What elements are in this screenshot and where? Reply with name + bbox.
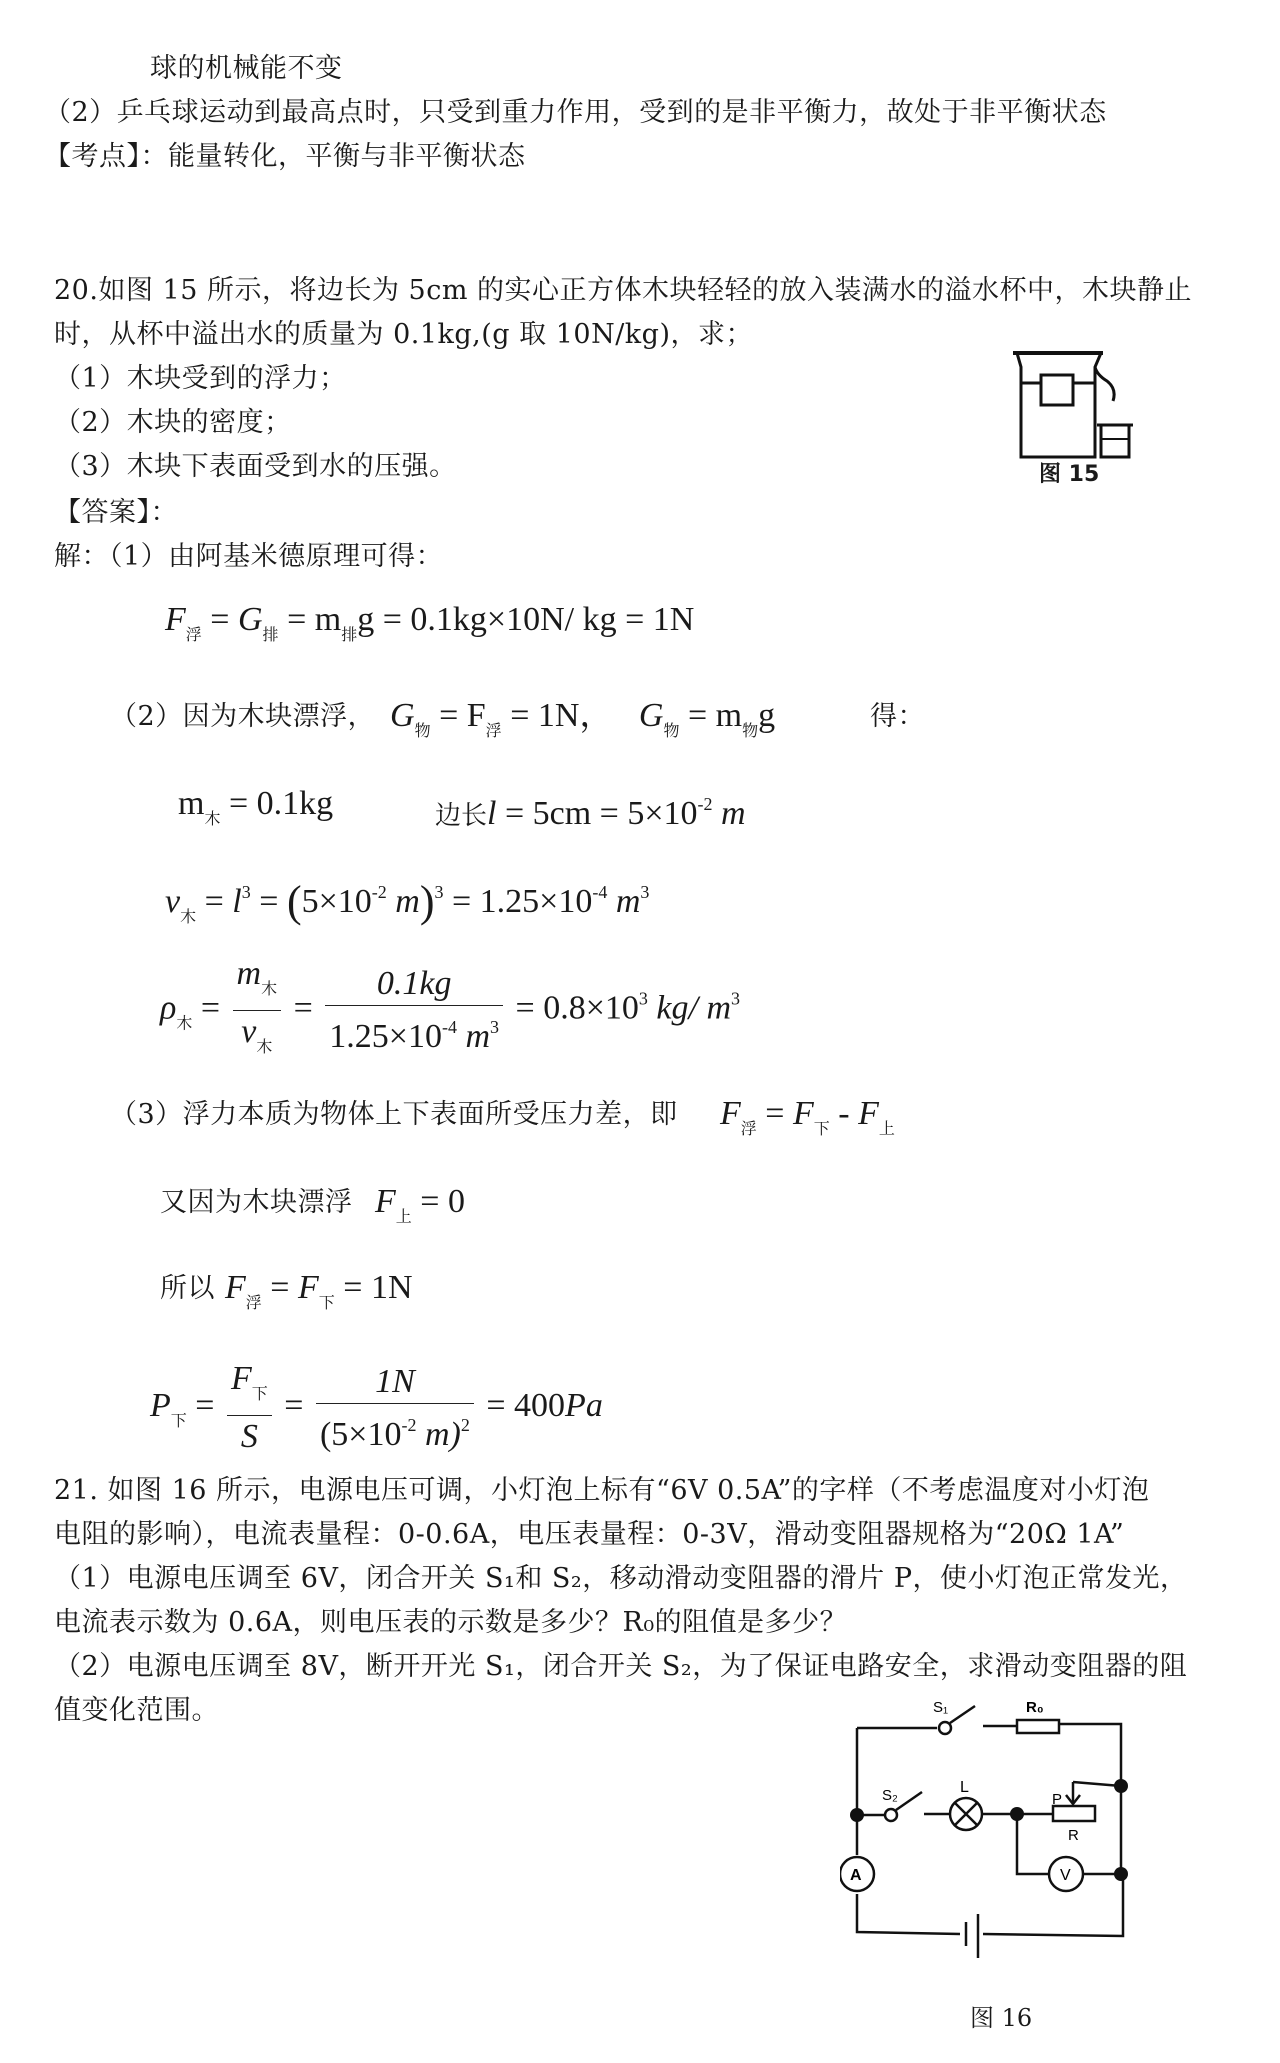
exp2: -2: [372, 882, 387, 902]
label-r0: R₀: [1026, 1700, 1044, 1716]
figure-15-caption: 图 15: [1039, 457, 1099, 488]
symbol-G: G: [238, 601, 263, 638]
symbol-m: m: [178, 785, 204, 822]
overflow-cup-icon: [1005, 345, 1175, 475]
eq-density: ρ木 = m木 v木 = 0.1kg 1.25×10-4 m3 = 0.8×10…: [160, 955, 740, 1066]
sub-fu: 浮: [486, 721, 502, 740]
figure-15: 图 15: [1005, 345, 1175, 495]
paren-close: ): [420, 877, 435, 926]
sub-mu: 木: [176, 1013, 192, 1032]
q21-line2: 电阻的影响），电流表量程：0-0.6A，电压表量程：0-3V，滑动变阻器规格为“…: [54, 1518, 1124, 1552]
pressure-result: = 400: [486, 1387, 565, 1424]
den-m: m): [425, 1416, 461, 1453]
q21-line5: （2）电源电压调至 8V，断开开光 S₁，闭合开关 S₂，为了保证电路安全，求滑…: [54, 1650, 1187, 1684]
eq-a-rest: = 1N，: [510, 697, 613, 734]
side-rest: = 5cm = 5×10: [505, 795, 698, 832]
q20-answer-label: 【答案】：: [54, 496, 178, 530]
q21-line1: 21. 如图 16 所示，电源电压可调，小灯泡上标有“6V 0.5A”的字样（不…: [54, 1474, 1149, 1508]
q20-stem-line2: 时，从杯中溢出水的质量为 0.1kg,(g 取 10N/kg)，求；: [54, 318, 753, 352]
sub-mu-3: 木: [256, 1037, 272, 1056]
eq-b-rest: g: [758, 697, 775, 734]
prev-answer-line1: 球的机械能不变: [150, 52, 343, 86]
eq-volume: v木 = l3 = (5×10-2 m)3 = 1.25×10-4 m3: [165, 872, 649, 937]
pressure-unit: Pa: [565, 1387, 603, 1424]
unit-exp: 3: [640, 882, 649, 902]
den-v: v: [241, 1013, 256, 1050]
part2-de: 得：: [870, 700, 925, 734]
q20-sub3: （3）木块下表面受到水的压强。: [54, 450, 457, 484]
part3-intro: （3）浮力本质为物体上下表面所受压力差，即: [110, 1098, 678, 1132]
eq-buoyancy: F浮 = G排 = m排g = 0.1kg×10N/ kg = 1N: [165, 600, 694, 655]
exp: -2: [698, 794, 713, 814]
den-S: S: [241, 1418, 258, 1455]
density-result: = 0.8×10: [516, 989, 639, 1026]
label-lamp: L: [960, 1779, 969, 1796]
den-unit-exp: 3: [490, 1017, 499, 1037]
q21-line4: 电流表示数为 0.6A，则电压表的示数是多少？R₀的阻值是多少？: [54, 1606, 847, 1640]
sub-xia: 下: [814, 1119, 830, 1138]
sub-wu-2: 物: [663, 721, 679, 740]
prev-kaodian: 【考点】：能量转化，平衡与非平衡状态: [44, 140, 526, 174]
sub-fu: 浮: [186, 625, 202, 644]
den-value: (5×10: [320, 1416, 402, 1453]
part2-eq: G物 = F浮 = 1N， G物 = m物g: [390, 696, 775, 751]
zero-value: = 0: [420, 1183, 465, 1220]
sub-mu-2: 木: [261, 979, 277, 998]
side-label: 边长: [435, 801, 487, 831]
circuit-diagram-icon: S₁ R₀ S₂ L P R A V: [840, 1700, 1160, 2010]
exp4: -4: [592, 882, 607, 902]
label-s2: S₂: [882, 1787, 898, 1804]
symbol-G-2: G: [639, 697, 664, 734]
sub-fu: 浮: [741, 1119, 757, 1138]
exp3: 3: [242, 882, 251, 902]
den-unit: m: [465, 1018, 490, 1055]
num-F: F: [231, 1360, 252, 1397]
den-value: 1.25×10: [329, 1018, 442, 1055]
q20-stem-line1: 20.如图 15 所示，将边长为 5cm 的实心正方体木块轻轻的放入装满水的溢水…: [54, 274, 1192, 308]
sub-pai-2: 排: [341, 625, 357, 644]
num-m: m: [237, 955, 262, 992]
part3-eq: F浮 = F下 - F上: [720, 1094, 895, 1149]
res-unit: kg/ m: [656, 989, 731, 1026]
symbol-l: l: [232, 883, 241, 920]
num-value: 0.1kg: [377, 965, 452, 1002]
symbol-G: G: [390, 697, 415, 734]
part3-line3: 所以: [160, 1272, 215, 1306]
paren-open: (: [287, 877, 302, 926]
sub-wu-3: 物: [742, 721, 758, 740]
fraction-F-over-S: F下 S: [227, 1360, 272, 1456]
eq-pressure: P下 = F下 S = 1N (5×10-2 m)2 = 400Pa: [150, 1360, 603, 1456]
unit-m-2: m: [616, 883, 641, 920]
q21-line3: （1）电源电压调至 6V，闭合开关 S₁和 S₂，移动滑动变阻器的滑片 P，使小…: [54, 1562, 1188, 1596]
mass-value: = 0.1kg: [229, 785, 333, 822]
sub-shang: 上: [396, 1207, 412, 1226]
ammeter-icon: A: [850, 1867, 862, 1884]
voltmeter-icon: V: [1060, 1867, 1071, 1884]
one-newton: = 1N: [343, 1269, 412, 1306]
sub-mu: 木: [180, 907, 196, 926]
label-r: R: [1068, 1827, 1079, 1844]
symbol-P: P: [150, 1387, 171, 1424]
q20-sol-intro: 解：（1）由阿基米德原理可得：: [54, 540, 443, 574]
sub-wu: 物: [415, 721, 431, 740]
part2-intro: （2）因为木块漂浮，: [110, 700, 375, 734]
eq-b: = m: [688, 697, 742, 734]
label-s1: S₁: [933, 1700, 948, 1716]
unit-m: m: [395, 883, 420, 920]
eq1-rest: g = 0.1kg×10N/ kg = 1N: [357, 601, 694, 638]
part3-line3-eq: F浮 = F下 = 1N: [225, 1268, 413, 1323]
symbol-l: l: [487, 795, 496, 832]
symbol-F: F: [165, 601, 186, 638]
sub-pai: 排: [263, 625, 279, 644]
fraction-m-over-v: m木 v木: [233, 955, 282, 1066]
num-value: 1N: [375, 1363, 415, 1400]
den-exp: -4: [442, 1017, 457, 1037]
q21-line6: 值变化范围。: [54, 1694, 219, 1728]
sub-fu: 浮: [246, 1293, 262, 1312]
unit-m: m: [721, 795, 746, 832]
res-exp: 3: [639, 988, 648, 1008]
sub-xia: 下: [319, 1293, 335, 1312]
den-sq: 2: [461, 1415, 470, 1435]
eq-side-length: 边长l = 5cm = 5×10-2 m: [435, 784, 746, 836]
den-exp: -2: [401, 1415, 416, 1435]
sub-xia: 下: [171, 1411, 187, 1430]
q20-sub1: （1）木块受到的浮力；: [54, 362, 347, 396]
figure-16: S₁ R₀ S₂ L P R A V 图 16: [840, 1700, 1160, 2040]
fraction-values: 1N (5×10-2 m)2: [316, 1363, 474, 1454]
symbol-rho: ρ: [160, 989, 176, 1026]
label-p: P: [1052, 1791, 1062, 1808]
q20-sub2: （2）木块的密度；: [54, 406, 292, 440]
eq-mass-wood: m木 = 0.1kg: [178, 784, 333, 839]
sub-xia-2: 下: [252, 1384, 268, 1403]
res-unit-exp: 3: [731, 988, 740, 1008]
eq-a: = F: [439, 697, 486, 734]
exp3b: 3: [435, 882, 444, 902]
sub-mu: 木: [204, 809, 220, 828]
part3-line2-eq: F上 = 0: [375, 1182, 465, 1237]
prev-answer-line2: （2）乒乓球运动到最高点时，只受到重力作用，受到的是非平衡力，故处于非平衡状态: [44, 96, 1107, 130]
symbol-v: v: [165, 883, 180, 920]
symbol-m: m: [315, 601, 341, 638]
figure-16-caption: 图 16: [970, 1998, 1032, 2033]
part3-line2: 又因为木块漂浮: [160, 1186, 353, 1220]
volume-result: = 1.25×10: [452, 883, 592, 920]
sub-shang: 上: [879, 1119, 895, 1138]
fraction-values: 0.1kg 1.25×10-4 m3: [325, 965, 503, 1056]
